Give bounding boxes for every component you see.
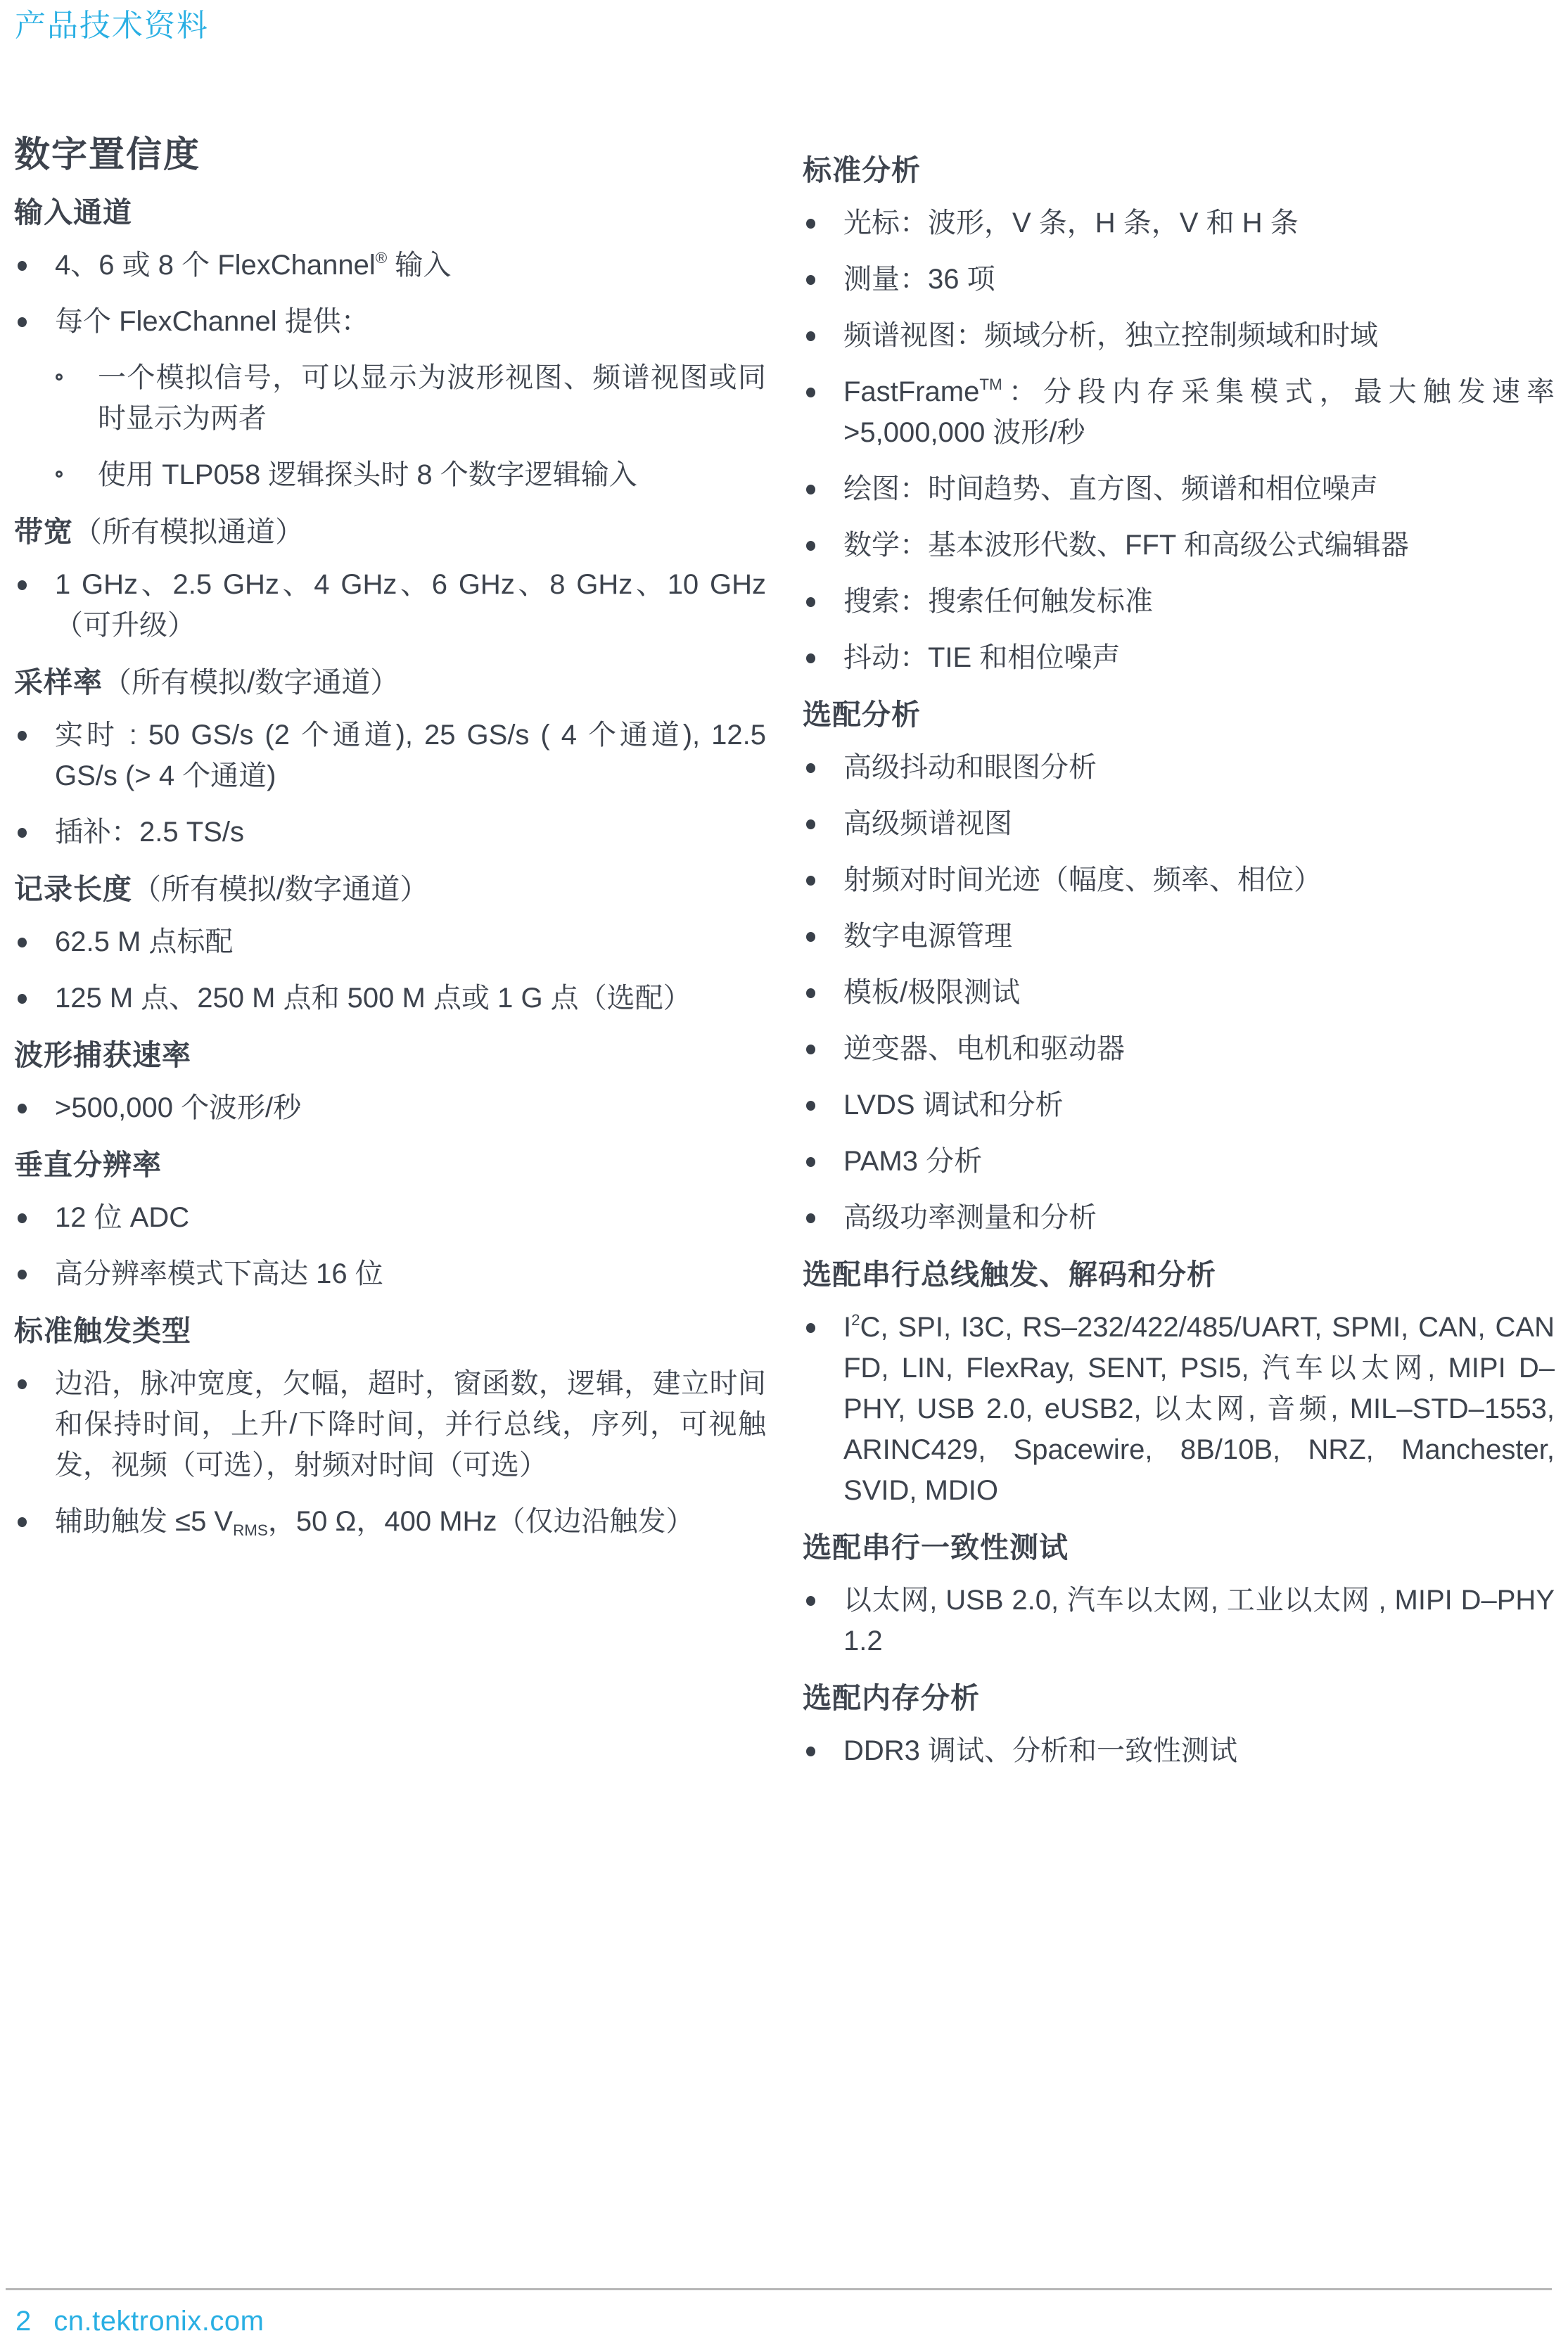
left-column: 数字置信度 输入通道4、6 或 8 个 FlexChannel® 输入每个 Fl… (14, 0, 766, 1771)
spec-text: 1 GHz、2.5 GHz、4 GHz、6 GHz、8 GHz、10 GHz（可… (55, 564, 766, 646)
bullet-icon (18, 580, 27, 590)
spec-item: 模板/极限测试 (803, 972, 1555, 1013)
spec-section: 带宽（所有模拟通道）1 GHz、2.5 GHz、4 GHz、6 GHz、8 GH… (14, 515, 766, 646)
spec-text: 高分辨率模式下高达 16 位 (55, 1253, 766, 1294)
spec-list: 光标：波形，V 条，H 条，V 和 H 条测量：36 项频谱视图：频域分析，独立… (803, 203, 1555, 678)
spec-text: 实时 : 50 GS/s (2 个通道), 25 GS/s ( 4 个通道), … (55, 715, 766, 796)
bullet-icon (806, 331, 815, 341)
footer-link[interactable]: cn.tektronix.com (53, 2304, 264, 2338)
spec-text: 高级频谱视图 (843, 803, 1555, 844)
spec-item: I2C, SPI, I3C, RS–232/422/485/UART, SPMI… (803, 1307, 1555, 1511)
circle-bullet-icon (56, 471, 63, 478)
spec-list: 边沿，脉冲宽度，欠幅，超时，窗函数，逻辑，建立时间和保持时间，上升/下降时间，并… (14, 1363, 766, 1542)
spec-list: 1 GHz、2.5 GHz、4 GHz、6 GHz、8 GHz、10 GHz（可… (14, 564, 766, 646)
spec-section: 选配内存分析DDR3 调试、分析和一致性测试 (803, 1681, 1555, 1771)
spec-item: 以太网, USB 2.0, 汽车以太网, 工业以太网 , MIPI D–PHY … (803, 1580, 1555, 1661)
bullet-icon (806, 1213, 815, 1223)
spec-text: 测量：36 项 (843, 259, 1555, 300)
circle-bullet-icon (56, 374, 63, 381)
datasheet-page: { "header": { "title": "产品技术资料" }, "left… (0, 0, 1568, 2343)
bullet-icon (18, 994, 27, 1004)
spec-item: 逆变器、电机和驱动器 (803, 1028, 1555, 1069)
spec-text: 125 M 点、250 M 点和 500 M 点或 1 G 点（选配） (55, 978, 766, 1019)
bullet-icon (18, 1270, 27, 1279)
spec-item: 绘图：时间趋势、直方图、频谱和相位噪声 (803, 468, 1555, 509)
spec-list: 12 位 ADC高分辨率模式下高达 16 位 (14, 1197, 766, 1294)
spec-item: 一个模拟信号，可以显示为波形视图、频谱视图或同时显示为两者 (53, 357, 766, 439)
spec-list: >500,000 个波形/秒 (14, 1087, 766, 1128)
bullet-icon (806, 597, 815, 607)
spec-text: 每个 FlexChannel 提供： (55, 301, 766, 342)
footer: 2 cn.tektronix.com (15, 2304, 264, 2338)
spec-text: 边沿，脉冲宽度，欠幅，超时，窗函数，逻辑，建立时间和保持时间，上升/下降时间，并… (55, 1363, 766, 1486)
spec-text: 模板/极限测试 (843, 972, 1555, 1013)
bullet-icon (806, 1045, 815, 1054)
spec-list: 实时 : 50 GS/s (2 个通道), 25 GS/s ( 4 个通道), … (14, 715, 766, 853)
spec-item: 辅助触发 ≤5 VRMS，50 Ω，400 MHz（仅边沿触发） (14, 1501, 766, 1542)
spec-item: FastFrameTM：分段内存采集模式，最大触发速率 >5,000,000 波… (803, 371, 1555, 453)
spec-text: I2C, SPI, I3C, RS–232/422/485/UART, SPMI… (843, 1307, 1555, 1511)
bullet-icon (806, 275, 815, 285)
bullet-icon (18, 731, 27, 741)
bullet-icon (806, 541, 815, 551)
right-column: 标准分析光标：波形，V 条，H 条，V 和 H 条测量：36 项频谱视图：频域分… (803, 0, 1555, 1771)
spec-item: 实时 : 50 GS/s (2 个通道), 25 GS/s ( 4 个通道), … (14, 715, 766, 796)
bullet-icon (806, 1323, 815, 1333)
spec-item: 高级功率测量和分析 (803, 1197, 1555, 1238)
spec-text: 62.5 M 点标配 (55, 921, 766, 962)
right-sections: 标准分析光标：波形，V 条，H 条，V 和 H 条测量：36 项频谱视图：频域分… (803, 153, 1555, 1771)
spec-text: 使用 TLP058 逻辑探头时 8 个数字逻辑输入 (98, 454, 766, 495)
spec-section: 选配串行总线触发、解码和分析I2C, SPI, I3C, RS–232/422/… (803, 1258, 1555, 1511)
bullet-icon (806, 388, 815, 397)
spec-item: 光标：波形，V 条，H 条，V 和 H 条 (803, 203, 1555, 243)
spec-section: 选配串行一致性测试以太网, USB 2.0, 汽车以太网, 工业以太网 , MI… (803, 1531, 1555, 1661)
spec-item: 数字电源管理 (803, 916, 1555, 957)
content-columns: 数字置信度 输入通道4、6 或 8 个 FlexChannel® 输入每个 Fl… (14, 0, 1555, 1771)
left-sections: 输入通道4、6 或 8 个 FlexChannel® 输入每个 FlexChan… (14, 196, 766, 1542)
spec-item: 插补：2.5 TS/s (14, 812, 766, 853)
spec-text: 插补：2.5 TS/s (55, 812, 766, 853)
section-heading: 采样率（所有模拟/数字通道） (14, 665, 766, 699)
spec-text: 数字电源管理 (843, 916, 1555, 957)
bullet-icon (806, 1157, 815, 1167)
bullet-icon (806, 932, 815, 942)
spec-text: 抖动：TIE 和相位噪声 (843, 637, 1555, 678)
spec-item: 边沿，脉冲宽度，欠幅，超时，窗函数，逻辑，建立时间和保持时间，上升/下降时间，并… (14, 1363, 766, 1486)
spec-item: 1 GHz、2.5 GHz、4 GHz、6 GHz、8 GHz、10 GHz（可… (14, 564, 766, 646)
spec-section: 记录长度（所有模拟/数字通道）62.5 M 点标配125 M 点、250 M 点… (14, 872, 766, 1019)
spec-section: 输入通道4、6 或 8 个 FlexChannel® 输入每个 FlexChan… (14, 196, 766, 495)
spec-text: 频谱视图：频域分析，独立控制频域和时域 (843, 315, 1555, 356)
spec-item: 高级抖动和眼图分析 (803, 747, 1555, 788)
footer-divider (6, 2288, 1552, 2290)
spec-list: 以太网, USB 2.0, 汽车以太网, 工业以太网 , MIPI D–PHY … (803, 1580, 1555, 1661)
spec-item: 射频对时间光迹（幅度、频率、相位） (803, 860, 1555, 900)
spec-item: PAM3 分析 (803, 1141, 1555, 1182)
spec-item: 抖动：TIE 和相位噪声 (803, 637, 1555, 678)
spec-text: DDR3 调试、分析和一致性测试 (843, 1730, 1555, 1771)
section-heading: 选配分析 (803, 698, 1555, 732)
spec-text: 数学：基本波形代数、FFT 和高级公式编辑器 (843, 525, 1555, 566)
spec-list: 4、6 或 8 个 FlexChannel® 输入每个 FlexChannel … (14, 245, 766, 495)
spec-text: FastFrameTM：分段内存采集模式，最大触发速率 >5,000,000 波… (843, 371, 1555, 453)
bullet-icon (18, 261, 27, 271)
spec-item: 每个 FlexChannel 提供： (14, 301, 766, 342)
bullet-icon (806, 485, 815, 494)
spec-item: 4、6 或 8 个 FlexChannel® 输入 (14, 245, 766, 286)
spec-item: 频谱视图：频域分析，独立控制频域和时域 (803, 315, 1555, 356)
section-heading: 带宽（所有模拟通道） (14, 515, 766, 549)
spec-item: DDR3 调试、分析和一致性测试 (803, 1730, 1555, 1771)
spec-text: 一个模拟信号，可以显示为波形视图、频谱视图或同时显示为两者 (98, 357, 766, 439)
spec-list: I2C, SPI, I3C, RS–232/422/485/UART, SPMI… (803, 1307, 1555, 1511)
bullet-icon (806, 1101, 815, 1111)
bullet-icon (18, 828, 27, 838)
spec-text: >500,000 个波形/秒 (55, 1087, 766, 1128)
spec-text: 辅助触发 ≤5 VRMS，50 Ω，400 MHz（仅边沿触发） (55, 1501, 766, 1542)
spec-text: 以太网, USB 2.0, 汽车以太网, 工业以太网 , MIPI D–PHY … (843, 1580, 1555, 1661)
section-heading: 选配串行总线触发、解码和分析 (803, 1258, 1555, 1291)
bullet-icon (18, 317, 27, 327)
spec-text: LVDS 调试和分析 (843, 1085, 1555, 1125)
spec-text: 绘图：时间趋势、直方图、频谱和相位噪声 (843, 468, 1555, 509)
spec-text: 射频对时间光迹（幅度、频率、相位） (843, 860, 1555, 900)
spec-text: 12 位 ADC (55, 1197, 766, 1238)
bullet-icon (18, 1379, 27, 1389)
section-heading: 垂直分辨率 (14, 1148, 766, 1182)
spec-text: 搜索：搜索任何触发标准 (843, 581, 1555, 622)
section-heading: 输入通道 (14, 196, 766, 229)
page-title: 数字置信度 (14, 134, 766, 176)
spec-item: 高分辨率模式下高达 16 位 (14, 1253, 766, 1294)
spec-section: 采样率（所有模拟/数字通道）实时 : 50 GS/s (2 个通道), 25 G… (14, 665, 766, 853)
spec-section: 波形捕获速率>500,000 个波形/秒 (14, 1038, 766, 1128)
section-heading: 波形捕获速率 (14, 1038, 766, 1072)
section-heading: 选配串行一致性测试 (803, 1531, 1555, 1564)
spec-item: 高级频谱视图 (803, 803, 1555, 844)
spec-text: 4、6 或 8 个 FlexChannel® 输入 (55, 245, 766, 286)
spec-item: 125 M 点、250 M 点和 500 M 点或 1 G 点（选配） (14, 978, 766, 1019)
bullet-icon (806, 988, 815, 998)
bullet-icon (806, 819, 815, 829)
bullet-icon (806, 1747, 815, 1756)
spec-text: PAM3 分析 (843, 1141, 1555, 1182)
spec-item: 测量：36 项 (803, 259, 1555, 300)
spec-text: 光标：波形，V 条，H 条，V 和 H 条 (843, 203, 1555, 243)
spec-text: 高级功率测量和分析 (843, 1197, 1555, 1238)
spec-list: DDR3 调试、分析和一致性测试 (803, 1730, 1555, 1771)
bullet-icon (806, 876, 815, 886)
spec-item: >500,000 个波形/秒 (14, 1087, 766, 1128)
spec-item: 使用 TLP058 逻辑探头时 8 个数字逻辑输入 (53, 454, 766, 495)
section-heading: 选配内存分析 (803, 1681, 1555, 1715)
bullet-icon (806, 219, 815, 229)
bullet-icon (18, 1213, 27, 1223)
spec-section: 标准触发类型边沿，脉冲宽度，欠幅，超时，窗函数，逻辑，建立时间和保持时间，上升/… (14, 1314, 766, 1542)
spec-section: 选配分析高级抖动和眼图分析高级频谱视图射频对时间光迹（幅度、频率、相位）数字电源… (803, 698, 1555, 1238)
section-heading: 标准触发类型 (14, 1314, 766, 1348)
page-number: 2 (15, 2304, 31, 2338)
spec-section: 垂直分辨率12 位 ADC高分辨率模式下高达 16 位 (14, 1148, 766, 1294)
bullet-icon (806, 763, 815, 773)
spec-item: 12 位 ADC (14, 1197, 766, 1238)
spec-text: 逆变器、电机和驱动器 (843, 1028, 1555, 1069)
spec-item: 数学：基本波形代数、FFT 和高级公式编辑器 (803, 525, 1555, 566)
spec-list: 高级抖动和眼图分析高级频谱视图射频对时间光迹（幅度、频率、相位）数字电源管理模板… (803, 747, 1555, 1238)
spec-item: 62.5 M 点标配 (14, 921, 766, 962)
bullet-icon (806, 1596, 815, 1606)
spec-item: LVDS 调试和分析 (803, 1085, 1555, 1125)
section-heading: 记录长度（所有模拟/数字通道） (14, 872, 766, 906)
bullet-icon (18, 938, 27, 947)
bullet-icon (18, 1517, 27, 1527)
spec-item: 搜索：搜索任何触发标准 (803, 581, 1555, 622)
spec-section: 标准分析光标：波形，V 条，H 条，V 和 H 条测量：36 项频谱视图：频域分… (803, 153, 1555, 678)
spec-list: 62.5 M 点标配125 M 点、250 M 点和 500 M 点或 1 G … (14, 921, 766, 1019)
bullet-icon (806, 653, 815, 663)
section-heading: 标准分析 (803, 153, 1555, 187)
spec-text: 高级抖动和眼图分析 (843, 747, 1555, 788)
bullet-icon (18, 1104, 27, 1113)
